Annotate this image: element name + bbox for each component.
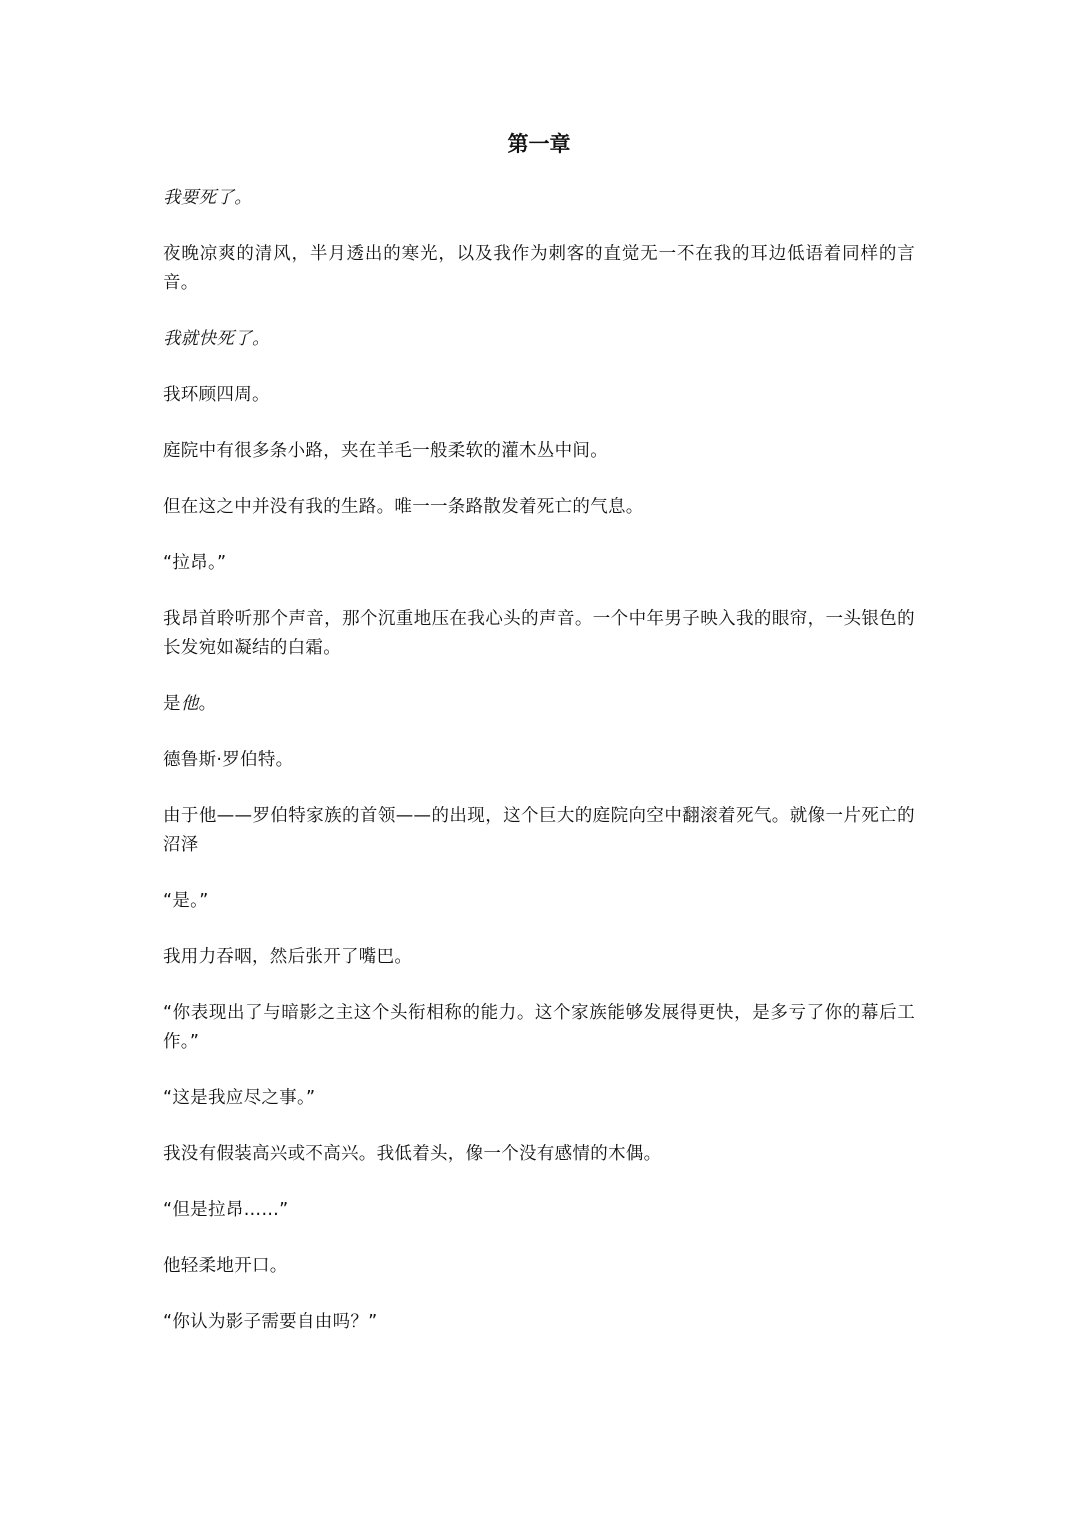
paragraph: 但在这之中并没有我的生路。唯一一条路散发着死亡的气息。 — [163, 493, 915, 522]
paragraph: 我就快死了。 — [163, 325, 915, 354]
document-page: 第一章 我要死了。 夜晚凉爽的清风，半月透出的寒光，以及我作为刺客的直觉无一不在… — [163, 128, 915, 1364]
emphasized-text: 他 — [181, 694, 199, 714]
paragraph: 庭院中有很多条小路，夹在羊毛一般柔软的灌木丛中间。 — [163, 437, 915, 466]
paragraph: 由于他——罗伯特家族的首领——的出现，这个巨大的庭院向空中翻滚着死气。就像一片死… — [163, 802, 915, 860]
chapter-title: 第一章 — [163, 128, 915, 160]
dialogue-paragraph: “但是拉昂……” — [163, 1196, 915, 1225]
paragraph: 我昂首聆听那个声音，那个沉重地压在我心头的声音。一个中年男子映入我的眼帘，一头银… — [163, 605, 915, 663]
dialogue-paragraph: “是。” — [163, 887, 915, 916]
dialogue-paragraph: “拉昂。” — [163, 549, 915, 578]
dialogue-paragraph: “这是我应尽之事。” — [163, 1084, 915, 1113]
paragraph: 我要死了。 — [163, 184, 915, 213]
paragraph: 我环顾四周。 — [163, 381, 915, 410]
dialogue-paragraph: “你表现出了与暗影之主这个头衔相称的能力。这个家族能够发展得更快，是多亏了你的幕… — [163, 999, 915, 1057]
paragraph: 我没有假装高兴或不高兴。我低着头，像一个没有感情的木偶。 — [163, 1140, 915, 1169]
plain-text: 。 — [199, 694, 217, 714]
paragraph: 夜晚凉爽的清风，半月透出的寒光，以及我作为刺客的直觉无一不在我的耳边低语着同样的… — [163, 240, 915, 298]
plain-text: 是 — [163, 694, 181, 714]
paragraph-mixed-emphasis: 是他。 — [163, 690, 915, 719]
paragraph: 我用力吞咽，然后张开了嘴巴。 — [163, 943, 915, 972]
paragraph: 德鲁斯·罗伯特。 — [163, 746, 915, 775]
paragraph: 他轻柔地开口。 — [163, 1252, 915, 1281]
dialogue-paragraph: “你认为影子需要自由吗？” — [163, 1308, 915, 1337]
